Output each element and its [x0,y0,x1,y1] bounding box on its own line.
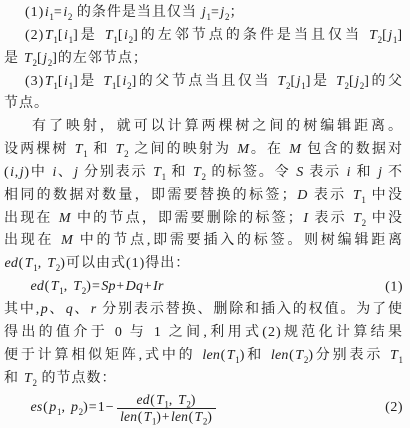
text-run: )可以由式(1)得出： [60,256,190,271]
text-run: , [169,392,178,407]
math-variable: T [24,371,33,386]
math-variable: M [58,211,71,226]
math-variable: T [47,256,56,271]
text-run: 分别表示 [79,165,153,180]
math-variable: M [237,142,250,157]
text-run: [ [118,28,124,43]
paragraph-line-11: 和 T2 的节点数： [4,368,403,391]
list-item-2-line-2: 是 T2[j2]的左邻节点； [4,48,403,71]
math-variable: len [202,348,221,363]
list-item-2-line-1: (2)T1[i1]是 T1[i2]的左邻节点的条件是当且仅当 T2[j1] [4,25,403,48]
text-run: , [38,256,47,271]
math-variable: Dq [125,279,144,294]
math-variable: T [194,409,203,424]
math-variable: Sp [101,279,116,294]
text-run: 中的节点,即需要插入的标签。则树编辑距离 [73,233,403,248]
text-run: )分别表示 [308,348,389,363]
math-variable: T [277,74,286,89]
text-run: ]的父节点当且仅当 [132,74,277,89]
text-run: 是 [4,51,24,66]
math-variable: T [336,74,345,89]
text-run: )= [86,279,101,294]
fraction-numerator: ed(T1, T2) [117,392,216,408]
paragraph-line-2: 设两棵树 T1 和 T2 之间的映射为 M。在 M 包含的数据对 [4,139,403,162]
math-variable: T [369,28,378,43]
text-run: 。在 [250,142,289,157]
math-variable: T [103,74,112,89]
text-run: 出现在 [4,233,61,248]
text-run: ( [4,165,10,180]
fraction: ed(T1, T2)len(T1)+len(T2) [117,392,216,425]
text-run: (1) [25,5,44,20]
math-variable: ed [4,256,19,271]
math-variable: p [49,400,57,415]
text-run: ]的父 [364,74,403,89]
math-variable: T [353,211,362,226]
text-run: ]的左邻节点的条件是当且仅当 [133,28,368,43]
paragraph-line-7: ed(T1, T2)可以由式(1)得出： [4,253,403,276]
text-run: ( [43,400,49,415]
math-variable: T [104,28,113,43]
paragraph-line-8: 其中,p、q、r 分别表示替换、删除和插入的权值。为了使 [4,299,403,322]
math-variable: len [270,348,289,363]
paragraph-line-3: (i,j)中 i、j 分别表示 T1 和 T2 的标签。令 S 表示 i 和 j… [4,162,403,185]
paragraph-line-9: 得出的值介于 0 与 1 之间,利用式(2)规范化计算结果 [4,322,403,345]
math-variable: D [297,188,308,203]
math-variable: T [73,279,82,294]
text-run: ) [191,392,197,407]
text-run: ( [150,392,156,407]
text-run: + [144,279,153,294]
text-run: ) [207,409,213,424]
fraction-denominator: len(T1)+len(T2) [117,408,216,425]
text-run: 便于计算相似矩阵,式中的 [4,348,202,363]
text-run: 包含的数据对 [302,142,403,157]
text-run: 中的节点，即需要删除的标签； [71,211,303,226]
text-run: 设两棵树 [4,142,74,157]
text-run: ( [289,348,295,363]
text-run: ]的左邻节点； [52,51,148,66]
math-variable: T [193,165,202,180]
math-variable: p [70,400,78,415]
math-variable: T [44,74,53,89]
text-run: [ [58,74,64,89]
text-run: ]是 [73,28,104,43]
text-run: 中没 [366,211,403,226]
math-variable: T [24,256,33,271]
text-run: 、 [73,302,90,317]
text-run: )和 [240,348,271,363]
text-run: 中没 [366,188,403,203]
equation-2: es(p1, p2)=1−ed(T1, T2)len(T1)+len(T2)(2… [4,390,403,426]
paragraph-line-6: 出现在 M 中的节点,即需要插入的标签。则树编辑距离 [4,230,403,253]
math-variable: T [44,28,53,43]
list-item-3-line-2: 节点。 [4,93,403,116]
text-run: ； [230,5,245,20]
math-variable: T [352,188,361,203]
text-run: 相同的数据对数量，即需要替换的标签； [4,188,297,203]
math-variable: T [24,51,33,66]
text-run: )中 [24,165,52,180]
math-variable: len [120,409,138,424]
math-variable: M [61,233,74,248]
math-variable: T [153,165,162,180]
text-run: [ [382,28,388,43]
math-variable: T [295,348,304,363]
text-run: 、 [48,302,65,317]
math-variable: es [30,400,43,415]
text-run: 之间的映射为 [129,142,237,157]
math-variable: len [171,409,189,424]
text-run: ]是 [73,74,103,89]
equation-number: (1) [385,276,403,299]
text-run: ] [397,28,403,43]
text-run: 节点。 [4,96,49,111]
text-run: = [211,5,220,20]
equation-number: (2) [385,390,403,426]
equation-body: es(p1, p2)=1−ed(T1, T2)len(T1)+len(T2) [30,400,218,415]
text-run: [ [37,51,43,66]
text-run: )+ [156,409,170,424]
text-run: 出现在 [4,211,58,226]
equation-1: ed(T1, T2)=Sp+Dq+Ir(1) [4,276,403,299]
text-run: 不 [383,165,403,180]
text-run: 表示 [308,188,352,203]
text-run: = [54,5,63,20]
math-variable: T [226,348,235,363]
math-variable: T [143,409,152,424]
list-item-3-line-1: (3)T1[i1]是 T1[i2]的父节点当且仅当 T2[j1]是 T2[j2]… [4,71,403,94]
math-variable: M [289,142,302,157]
text-run: 、 [57,165,74,180]
text-run: ]是 [306,74,336,89]
text-run: 和 [166,165,192,180]
text-run: )=1− [83,400,114,415]
text-run: + [116,279,125,294]
text-run: 表示 [304,165,346,180]
text-run: (3) [25,74,44,89]
paragraph-line-5: 出现在 M 中的节点，即需要删除的标签；I 表示 T2 中没 [4,208,403,231]
text-run: 的节点数： [37,371,117,386]
text-run: 的条件是当且仅当 [72,5,201,20]
text-run: [ [349,74,355,89]
text-run: 的标签。令 [206,165,296,180]
paper-page: (1)i1=i2 的条件是当且仅当 j1=j2；(2)T1[i1]是 T1[i2… [0,0,410,428]
text-run: 和 [88,142,115,157]
math-variable: Ir [153,279,165,294]
math-variable: T [74,142,83,157]
text-run: 得出的值介于 0 与 1 之间,利用式(2)规范化计算结果 [4,325,403,340]
math-variable: T [390,348,399,363]
math-variable: T [115,142,124,157]
text-run: 有了映射，就可以计算两棵树之间的树编辑距离。 [32,119,403,134]
paper-text-column: (1)i1=i2 的条件是当且仅当 j1=j2；(2)T1[i1]是 T1[i2… [4,2,403,426]
math-variable: S [296,165,304,180]
math-variable: ed [136,392,150,407]
paragraph-line-4: 相同的数据对数量，即需要替换的标签；D 表示 T1 中没 [4,185,403,208]
text-run: 和 [4,371,24,386]
text-run: 和 [351,165,377,180]
math-variable: T [50,279,59,294]
paragraph-line-10: 便于计算相似矩阵,式中的 len(T1)和 len(T2)分别表示 T1 [4,345,403,368]
math-variable: r [90,302,97,317]
text-run: [ [58,28,64,43]
math-subscript: 1 [399,354,404,364]
equation-body: ed(T1, T2)=Sp+Dq+Ir [30,279,164,294]
math-variable: ed [30,279,45,294]
list-item-1: (1)i1=i2 的条件是当且仅当 j1=j2； [4,2,403,25]
text-run: 其中, [4,302,40,317]
text-run: 表示 [309,211,353,226]
text-run: (2) [25,28,44,43]
paragraph-line-1: 有了映射，就可以计算两棵树之间的树编辑距离。 [4,116,403,139]
text-run: , [64,279,73,294]
text-run: 分别表示替换、删除和插入的权值。为了使 [97,302,403,317]
